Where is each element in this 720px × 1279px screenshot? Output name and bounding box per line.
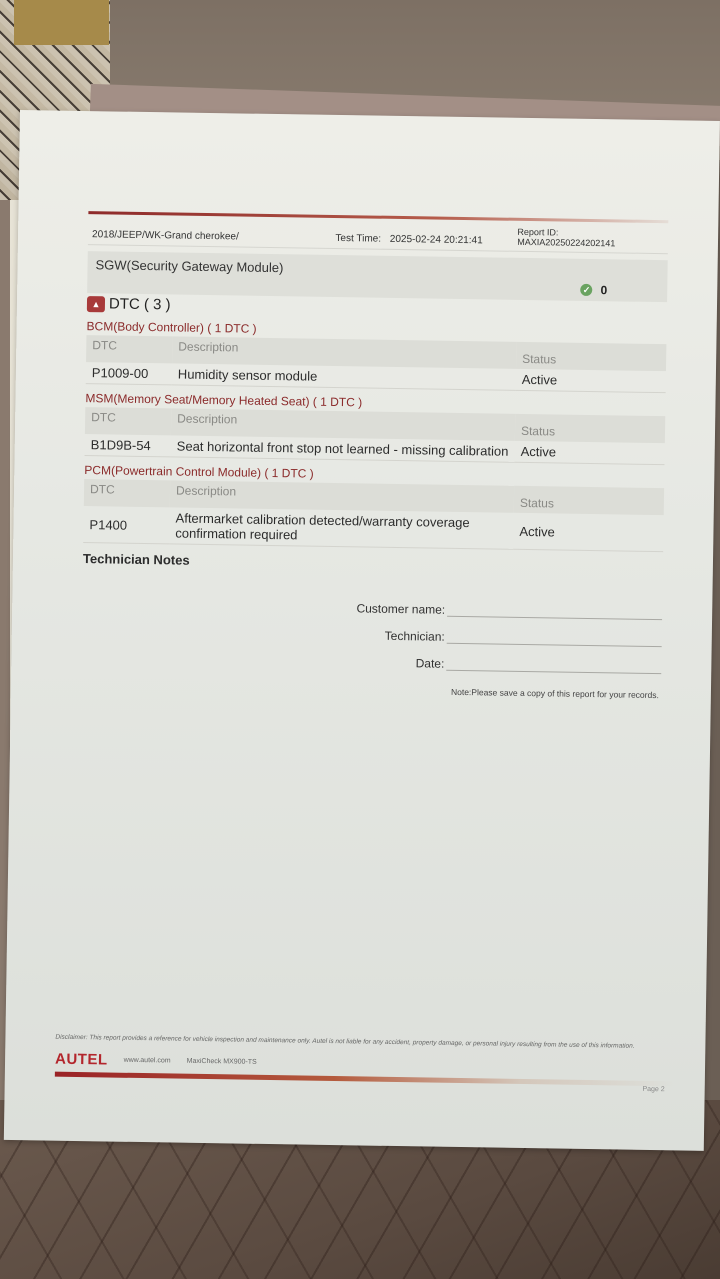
photo-scene: ( 0: 2018/JEEP/WK-Grand cherokee/ Test T… <box>0 0 720 1279</box>
dtc-status: Active <box>513 513 664 552</box>
column-header-code: DTC <box>85 407 171 435</box>
dtc-table: DTCDescriptionStatusP1009-00Humidity sen… <box>86 335 667 393</box>
background-object <box>14 0 109 45</box>
device-model: MaxiCheck MX900-TS <box>187 1057 257 1065</box>
test-time-label: Test Time: <box>335 233 381 245</box>
dtc-description: Seat horizontal front stop not learned -… <box>171 435 515 462</box>
dtc-description: Humidity sensor module <box>172 363 516 390</box>
report-id: Report ID: MAXIA20250224202141 <box>517 227 664 249</box>
autel-logo: AUTEL <box>55 1050 108 1068</box>
dtc-status: Active <box>516 369 666 393</box>
ok-count: 0 <box>600 283 607 297</box>
technician-label: Technician: <box>297 627 447 643</box>
report-id-value: MAXIA20250224202141 <box>517 237 615 249</box>
column-header-code: DTC <box>86 335 172 363</box>
technician-notes-title: Technician Notes <box>83 551 663 575</box>
dtc-groups: BCM(Body Controller) ( 1 DTC )DTCDescrip… <box>83 319 666 552</box>
disclaimer: Disclaimer: This report provides a refer… <box>55 1033 675 1052</box>
report-body: 2018/JEEP/WK-Grand cherokee/ Test Time: … <box>81 211 668 700</box>
dtc-code: B1D9B-54 <box>85 434 171 457</box>
column-header-status: Status <box>515 414 665 443</box>
column-header-status: Status <box>514 486 664 515</box>
warning-car-icon: ▲ <box>87 296 105 312</box>
test-time-value: 2025-02-24 20:21:41 <box>390 234 483 246</box>
report-page: 2018/JEEP/WK-Grand cherokee/ Test Time: … <box>4 110 720 1151</box>
test-time: Test Time: 2025-02-24 20:21:41 <box>335 233 517 247</box>
dtc-code: P1009-00 <box>86 362 172 385</box>
module-section: SGW(Security Gateway Module) ✓ 0 <box>87 251 668 302</box>
website: www.autel.com <box>124 1056 171 1064</box>
report-id-label: Report ID: <box>517 227 558 238</box>
column-header-code: DTC <box>84 479 170 507</box>
module-status: ✓ 0 <box>580 283 607 297</box>
module-name: SGW(Security Gateway Module) <box>95 257 283 275</box>
table-row: P1400Aftermarket calibration detected/wa… <box>83 506 664 552</box>
signature-block: Customer name: Technician: Date: Note:Pl… <box>81 584 663 700</box>
dtc-status: Active <box>515 441 665 465</box>
report-footer: Disclaimer: This report provides a refer… <box>55 1033 676 1086</box>
column-header-status: Status <box>516 342 666 371</box>
customer-name-label: Customer name: <box>297 600 447 616</box>
page-number: Page 2 <box>642 1086 664 1093</box>
dtc-table: DTCDescriptionStatusP1400Aftermarket cal… <box>83 479 664 552</box>
date-line <box>446 657 661 674</box>
records-note: Note:Please save a copy of this report f… <box>81 681 661 700</box>
dtc-title: DTC ( 3 ) <box>109 295 171 313</box>
dtc-description: Aftermarket calibration detected/warrant… <box>169 507 514 549</box>
check-circle-icon: ✓ <box>580 284 592 296</box>
dtc-code: P1400 <box>83 506 170 544</box>
dtc-table: DTCDescriptionStatusB1D9B-54Seat horizon… <box>85 407 666 465</box>
date-label: Date: <box>296 654 446 670</box>
vehicle-info: 2018/JEEP/WK-Grand cherokee/ <box>92 229 336 244</box>
